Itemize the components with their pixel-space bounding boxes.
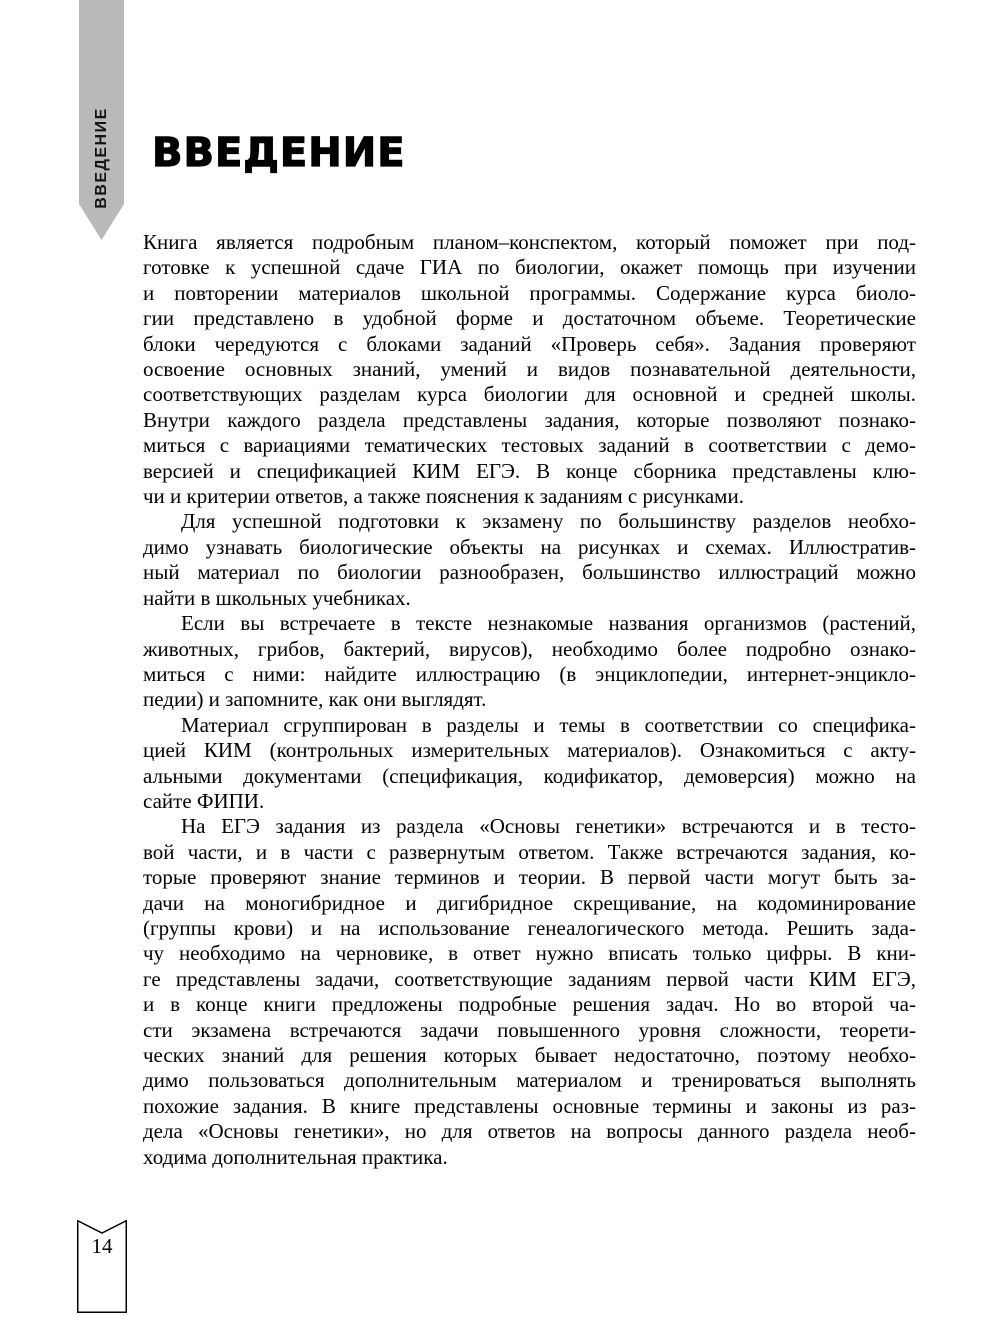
text-line: ходима дополнительная практика.	[143, 1145, 916, 1170]
text-line: блоки чередуются с блоками заданий «Пров…	[143, 332, 916, 357]
text-line: дачи на моногибридное и дигибридное скре…	[143, 891, 916, 916]
text-line: Для успешной подготовки к экзамену по бо…	[143, 509, 916, 534]
text-line: и повторении материалов школьной програм…	[143, 281, 916, 306]
text-line: и в конце книги предложены подробные реш…	[143, 992, 916, 1017]
text-line: альными документами (спецификация, кодиф…	[143, 764, 916, 789]
page-number-bookmark: 14	[77, 1220, 127, 1313]
text-line: Если вы встречаете в тексте незнакомые н…	[143, 611, 916, 636]
text-line: миться с ними: найдите иллюстрацию (в эн…	[143, 662, 916, 687]
text-line: животных, грибов, бактерий, вирусов), не…	[143, 637, 916, 662]
text-line: На ЕГЭ задания из раздела «Основы генети…	[143, 814, 916, 839]
paragraph: Книга является подробным планом–конспект…	[143, 230, 916, 509]
text-line: (группы крови) и на использование генеал…	[143, 916, 916, 941]
text-line: Материал сгруппирован в разделы и темы в…	[143, 713, 916, 738]
text-line: соответствующих разделам курса биологии …	[143, 382, 916, 407]
paragraph: Материал сгруппирован в разделы и темы в…	[143, 713, 916, 815]
text-line: торые проверяют знание терминов и теории…	[143, 865, 916, 890]
text-line: цией КИМ (контрольных измерительных мате…	[143, 738, 916, 763]
text-line: сти экзамена встречаются задачи повышенн…	[143, 1018, 916, 1043]
text-line: вой части, и в части с развернутым ответ…	[143, 840, 916, 865]
text-line: гии представлено в удобной форме и доста…	[143, 306, 916, 331]
paragraph: Для успешной подготовки к экзамену по бо…	[143, 509, 916, 611]
text-line: сайте ФИПИ.	[143, 789, 916, 814]
paragraph: На ЕГЭ задания из раздела «Основы генети…	[143, 814, 916, 1170]
text-line: ге представлены задачи, соответствующие …	[143, 967, 916, 992]
text-line: ческих знаний для решения которых бывает…	[143, 1043, 916, 1068]
text-line: миться с вариациями тематических тестовы…	[143, 433, 916, 458]
page-title: ВВЕДЕНИЕ	[152, 133, 406, 173]
text-line: Книга является подробным планом–конспект…	[143, 230, 916, 255]
text-line: димо пользоваться дополнительным материа…	[143, 1068, 916, 1093]
text-line: дела «Основы генетики», но для ответов н…	[143, 1119, 916, 1144]
chapter-tab-label: ВВЕДЕНИЕ	[93, 107, 111, 209]
text-line: версией и спецификацией КИМ ЕГЭ. В конце…	[143, 459, 916, 484]
paragraph: Если вы встречаете в тексте незнакомые н…	[143, 611, 916, 713]
text-line: найти в школьных учебниках.	[143, 586, 916, 611]
page-number: 14	[77, 1234, 127, 1259]
book-page: ВВЕДЕНИЕ ВВЕДЕНИЕ Книга является подробн…	[0, 0, 1000, 1317]
text-line: димо узнавать биологические объекты на р…	[143, 535, 916, 560]
text-line: педии) и запомните, как они выглядят.	[143, 687, 916, 712]
text-line: освоение основных знаний, умений и видов…	[143, 357, 916, 382]
text-line: чу необходимо на черновике, в ответ нужн…	[143, 941, 916, 966]
chapter-tab-ribbon: ВВЕДЕНИЕ	[79, 0, 124, 240]
text-line: похожие задания. В книге представлены ос…	[143, 1094, 916, 1119]
text-line: готовке к успешной сдаче ГИА по биологии…	[143, 255, 916, 280]
text-line: ный материал по биологии разнообразен, б…	[143, 560, 916, 585]
body-text: Книга является подробным планом–конспект…	[143, 230, 916, 1170]
text-line: чи и критерии ответов, а также пояснения…	[143, 484, 916, 509]
text-line: Внутри каждого раздела представлены зада…	[143, 408, 916, 433]
